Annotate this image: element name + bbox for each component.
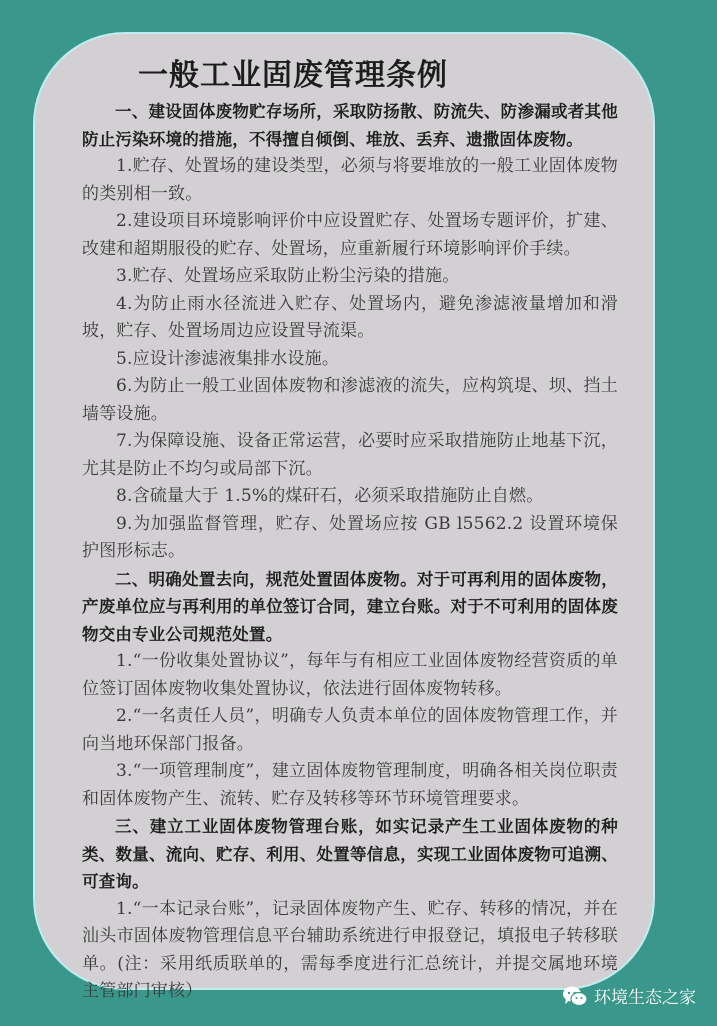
- section-1-item-3: 3.贮存、处置场应采取防止粉尘污染的措施。: [82, 263, 618, 291]
- section-heading-1: 一、建设固体废物贮存场所，采取防扬散、防流失、防渗漏或者其他防止污染环境的措施，…: [82, 98, 618, 153]
- section-1-item-2: 2.建设项目环境影响评价中应设置贮存、处置场专题评价，扩建、改建和超期服役的贮存…: [82, 208, 618, 263]
- section-1-item-6: 6.为防止一般工业固体废物和渗滤液的流失，应构筑堤、坝、挡土墙等设施。: [82, 373, 618, 428]
- section-2-item-1: 1.“一份收集处置协议”，每年与有相应工业固体废物经营资质的单位签订固体废物收集…: [82, 648, 618, 703]
- section-1-item-5: 5.应设计渗滤液集排水设施。: [82, 346, 618, 374]
- document-body: 一、建设固体废物贮存场所，采取防扬散、防流失、防渗漏或者其他防止污染环境的措施，…: [82, 98, 618, 1006]
- section-1-item-1: 1.贮存、处置场的建设类型，必须与将要堆放的一般工业固体废物的类别相一致。: [82, 153, 618, 208]
- section-1-item-8: 8.含硫量大于 1.5%的煤矸石，必须采取措施防止自燃。: [82, 483, 618, 511]
- watermark: 环境生态之家: [562, 983, 696, 1008]
- document-title: 一般工业固废管理条例: [138, 50, 448, 94]
- section-heading-2: 二、明确处置去向，规范处置固体废物。对于可再利用的固体废物，产废单位应与再利用的…: [82, 566, 618, 649]
- section-1-item-7: 7.为保障设施、设备正常运营，必要时应采取措施防止地基下沉，尤其是防止不均匀或局…: [82, 428, 618, 483]
- wechat-icon: [562, 985, 588, 1007]
- section-1-item-9: 9.为加强监督管理，贮存、处置场应按 GB l5562.2 设置环境保护图形标志…: [82, 511, 618, 566]
- section-2-item-2: 2.“一名责任人员”，明确专人负责本单位的固体废物管理工作，并向当地环保部门报备…: [82, 703, 618, 758]
- section-2-item-3: 3.“一项管理制度”，建立固体废物管理制度，明确各相关岗位职责和固体废物产生、流…: [82, 758, 618, 813]
- watermark-label: 环境生态之家: [594, 983, 696, 1008]
- section-3-item-1: 1.“一本记录台账”，记录固体废物产生、贮存、转移的情况，并在汕头市固体废物管理…: [82, 896, 618, 1006]
- section-1-item-4: 4.为防止雨水径流进入贮存、处置场内，避免渗滤液量增加和滑坡，贮存、处置场周边应…: [82, 291, 618, 346]
- section-heading-3: 三、建立工业固体废物管理台账，如实记录产生工业固体废物的种类、数量、流向、贮存、…: [82, 813, 618, 896]
